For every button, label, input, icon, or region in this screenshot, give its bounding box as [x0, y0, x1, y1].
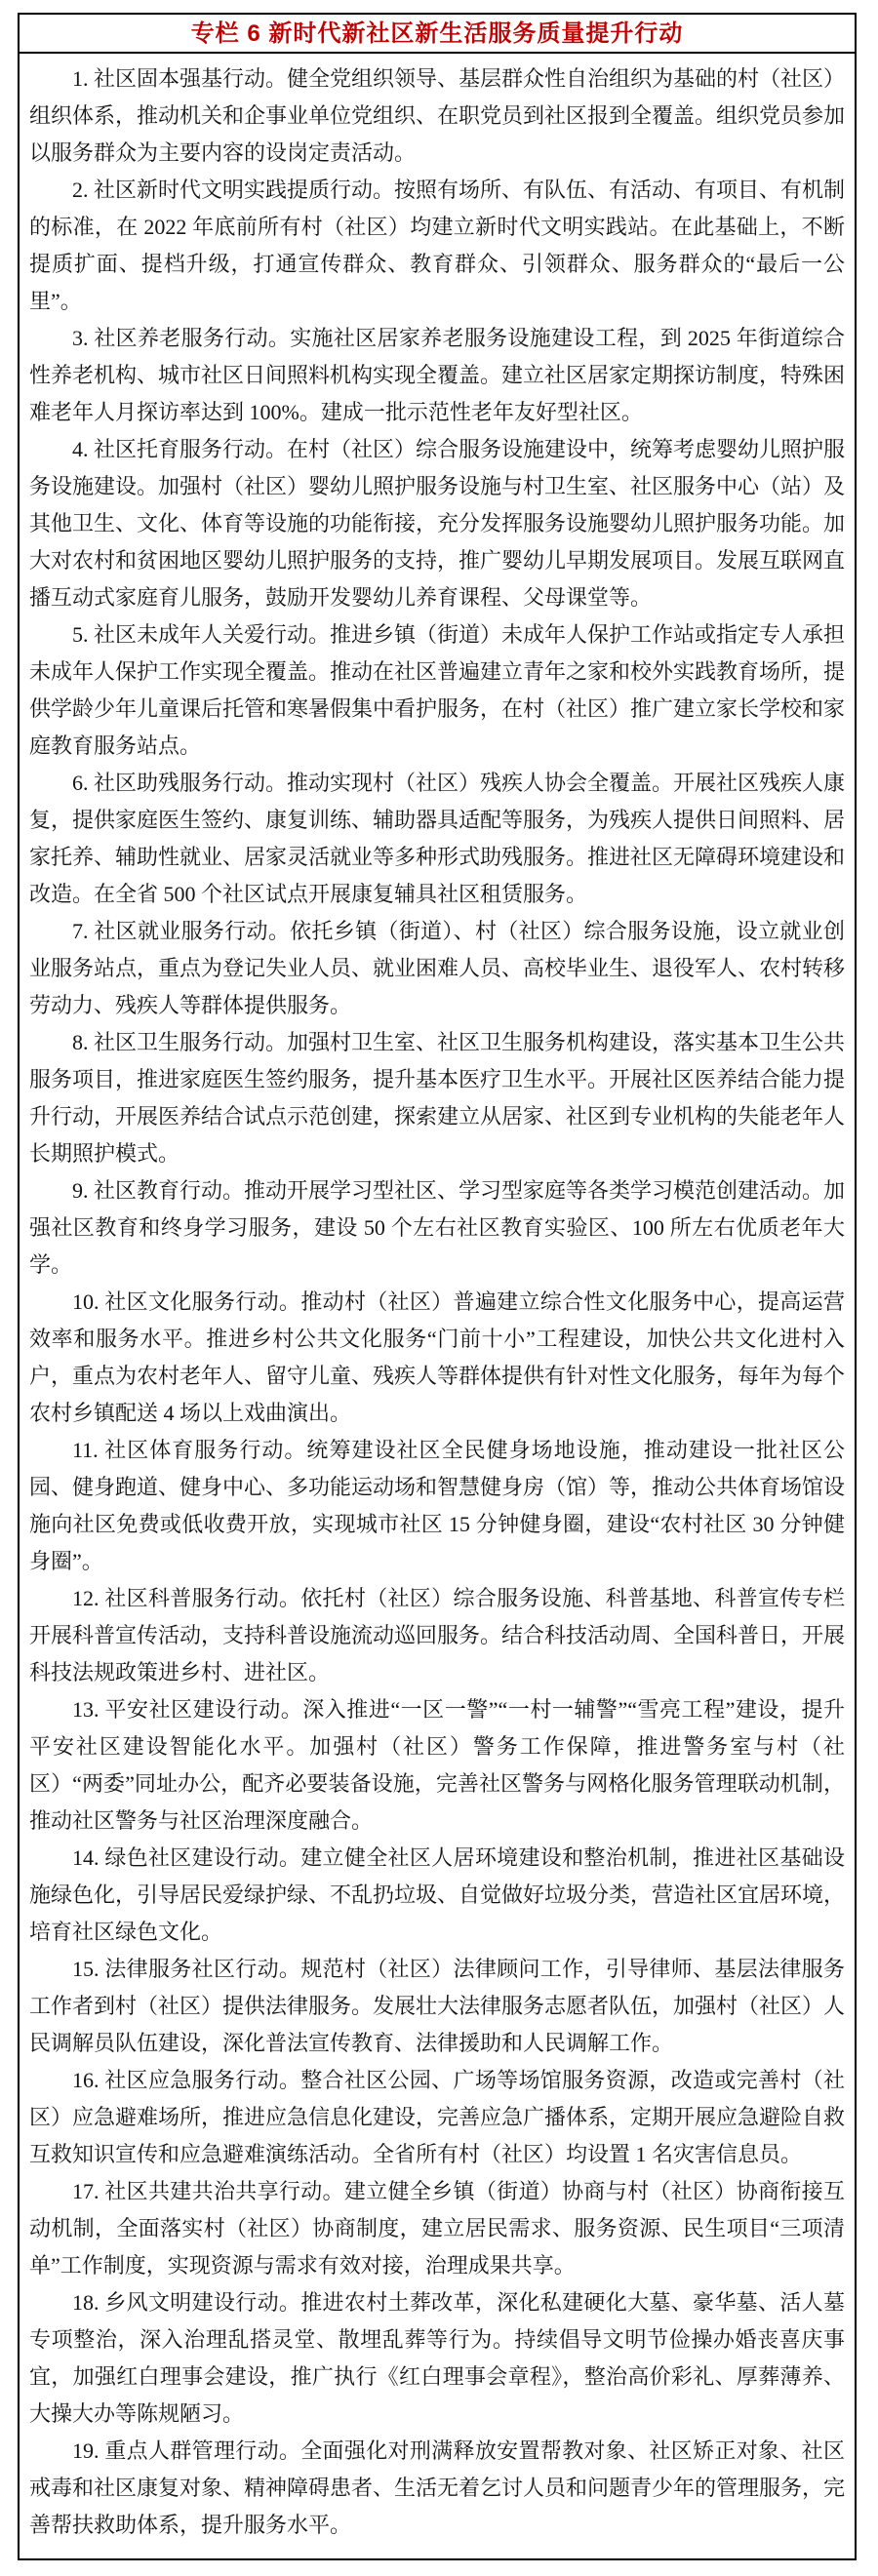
paragraph-14: 14. 绿色社区建设行动。建立健全社区人居环境建设和整治机制，推进社区基础设施绿… — [29, 1840, 845, 1951]
paragraph-6: 6. 社区助残服务行动。推动实现村（社区）残疾人协会全覆盖。开展社区残疾人康复，… — [29, 765, 845, 913]
column-title: 专栏 6 新时代新社区新生活服务质量提升行动 — [20, 15, 855, 54]
paragraph-19: 19. 重点人群管理行动。全面强化对刑满释放安置帮教对象、社区矫正对象、社区戒毒… — [29, 2433, 845, 2544]
paragraph-13: 13. 平安社区建设行动。深入推进“一区一警”“一村一辅警”“雪亮工程”建设，提… — [29, 1691, 845, 1840]
paragraph-5: 5. 社区未成年人关爱行动。推进乡镇（街道）未成年人保护工作站或指定专人承担未成… — [29, 616, 845, 765]
paragraph-3: 3. 社区养老服务行动。实施社区居家养老服务设施建设工程，到 2025 年街道综… — [29, 320, 845, 431]
paragraph-17: 17. 社区共建共治共享行动。建立健全乡镇（街道）协商与村（社区）协商衔接互动机… — [29, 2173, 845, 2284]
paragraph-18: 18. 乡风文明建设行动。推进农村土葬改革，深化私建硬化大墓、豪华墓、活人墓专项… — [29, 2284, 845, 2433]
paragraph-12: 12. 社区科普服务行动。依托村（社区）综合服务设施、科普基地、科普宣传专栏开展… — [29, 1580, 845, 1691]
paragraph-15: 15. 法律服务社区行动。规范村（社区）法律顾问工作，引导律师、基层法律服务工作… — [29, 1951, 845, 2062]
paragraph-1: 1. 社区固本强基行动。健全党组织领导、基层群众性自治组织为基础的村（社区）组织… — [29, 60, 845, 172]
paragraph-16: 16. 社区应急服务行动。整合社区公园、广场等场馆服务资源，改造或完善村（社区）… — [29, 2062, 845, 2173]
paragraph-11: 11. 社区体育服务行动。统筹建设社区全民健身场地设施，推动建设一批社区公园、健… — [29, 1432, 845, 1580]
column-body: 1. 社区固本强基行动。健全党组织领导、基层群众性自治组织为基础的村（社区）组织… — [20, 54, 855, 2558]
column-box: 专栏 6 新时代新社区新生活服务质量提升行动 1. 社区固本强基行动。健全党组织… — [18, 13, 857, 2560]
paragraph-7: 7. 社区就业服务行动。依托乡镇（街道）、村（社区）综合服务设施，设立就业创业服… — [29, 913, 845, 1024]
paragraph-9: 9. 社区教育行动。推动开展学习型社区、学习型家庭等各类学习模范创建活动。加强社… — [29, 1172, 845, 1284]
paragraph-2: 2. 社区新时代文明实践提质行动。按照有场所、有队伍、有活动、有项目、有机制的标… — [29, 172, 845, 320]
paragraph-8: 8. 社区卫生服务行动。加强村卫生室、社区卫生服务机构建设，落实基本卫生公共服务… — [29, 1024, 845, 1172]
paragraph-10: 10. 社区文化服务行动。推动村（社区）普遍建立综合性文化服务中心，提高运营效率… — [29, 1284, 845, 1432]
paragraph-4: 4. 社区托育服务行动。在村（社区）综合服务设施建设中，统筹考虑婴幼儿照护服务设… — [29, 431, 845, 616]
